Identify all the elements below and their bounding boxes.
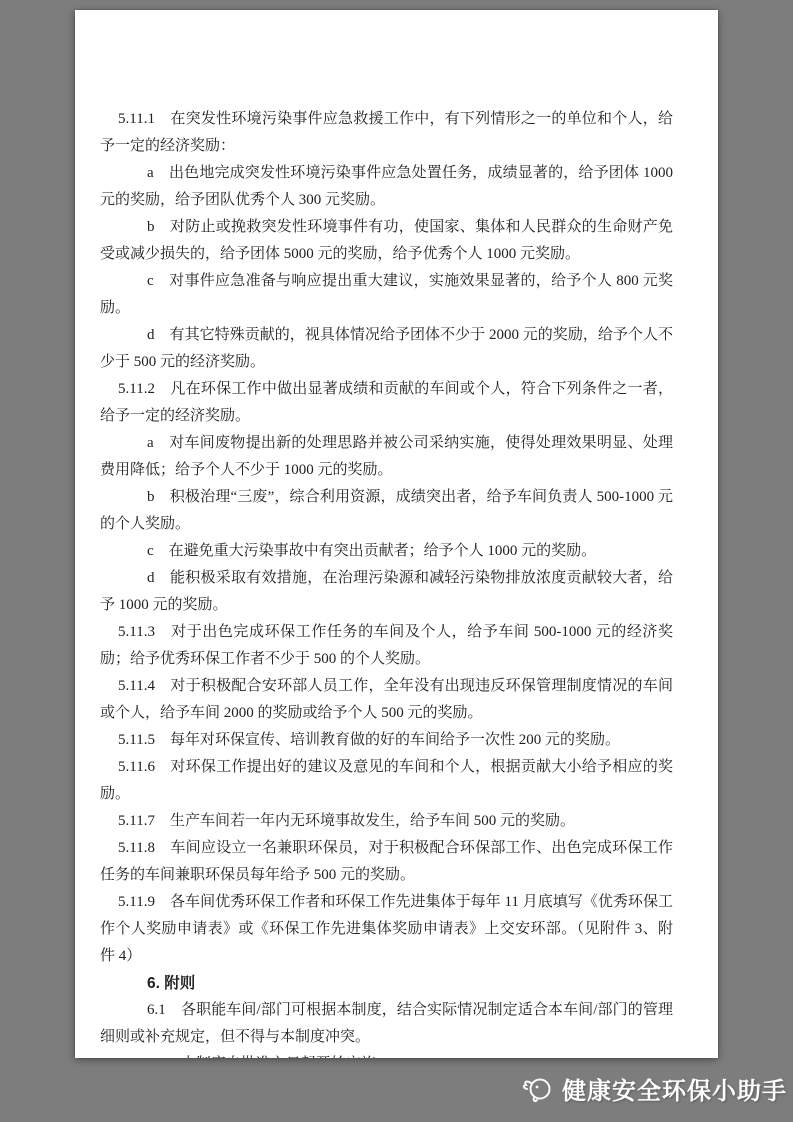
watermark: 健康安全环保小助手 [521,1068,787,1108]
doc-paragraph: 5.11.8 车间应设立一名兼职环保员，对于积极配合环保部工作、出色完成环保工作… [100,835,673,889]
doc-paragraph: 5.11.1 在突发性环境污染事件应急救援工作中，有下列情形之一的单位和个人，给… [100,106,673,160]
watermark-label: 健康安全环保小助手 [562,1071,787,1106]
doc-paragraph: d 能积极采取有效措施，在治理污染源和减轻污染物排放浓度贡献较大者，给予 100… [100,565,673,619]
doc-paragraph: d 有其它特殊贡献的，视具体情况给予团体不少于 2000 元的奖励，给予个人不少… [100,322,673,376]
doc-paragraph: 5.11.2 凡在环保工作中做出显著成绩和贡献的车间或个人，符合下列条件之一者，… [100,376,673,430]
doc-paragraph: 5.11.7 生产车间若一年内无环境事故发生，给予车间 500 元的奖励。 [100,808,673,835]
mascot-logo-icon [521,1070,555,1106]
doc-paragraph: 5.11.4 对于积极配合安环部人员工作，全年没有出现违反环保管理制度情况的车间… [100,673,673,727]
document-page: 5.11.1 在突发性环境污染事件应急救援工作中，有下列情形之一的单位和个人，给… [75,10,718,1058]
doc-paragraph: 6.2 本制度自批准之日起开始实施。 [100,1051,673,1058]
doc-paragraph: a 出色地完成突发性环境污染事件应急处置任务，成绩显著的，给予团体 1000 元… [100,160,673,214]
doc-paragraph: c 在避免重大污染事故中有突出贡献者；给予个人 1000 元的奖励。 [100,538,673,565]
document-body: 5.11.1 在突发性环境污染事件应急救援工作中，有下列情形之一的单位和个人，给… [100,106,673,1058]
doc-paragraph: 5.11.3 对于出色完成环保工作任务的车间及个人，给予车间 500-1000 … [100,619,673,673]
doc-paragraph: b 积极治理“三废”，综合利用资源，成绩突出者，给予车间负责人 500-1000… [100,484,673,538]
doc-paragraph: 5.11.5 每年对环保宣传、培训教育做的好的车间给予一次性 200 元的奖励。 [100,727,673,754]
section-heading: 6. 附则 [100,970,673,997]
doc-paragraph: c 对事件应急准备与响应提出重大建议，实施效果显著的，给予个人 800 元奖励。 [100,268,673,322]
doc-paragraph: b 对防止或挽救突发性环境事件有功，使国家、集体和人民群众的生命财产免受或减少损… [100,214,673,268]
doc-paragraph: 6.1 各职能车间/部门可根据本制度，结合实际情况制定适合本车间/部门的管理细则… [100,997,673,1051]
doc-paragraph: 5.11.9 各车间优秀环保工作者和环保工作先进集体于每年 11 月底填写《优秀… [100,889,673,970]
doc-paragraph: a 对车间废物提出新的处理思路并被公司采纳实施，使得处理效果明显、处理费用降低；… [100,430,673,484]
doc-paragraph: 5.11.6 对环保工作提出好的建议及意见的车间和个人，根据贡献大小给予相应的奖… [100,754,673,808]
